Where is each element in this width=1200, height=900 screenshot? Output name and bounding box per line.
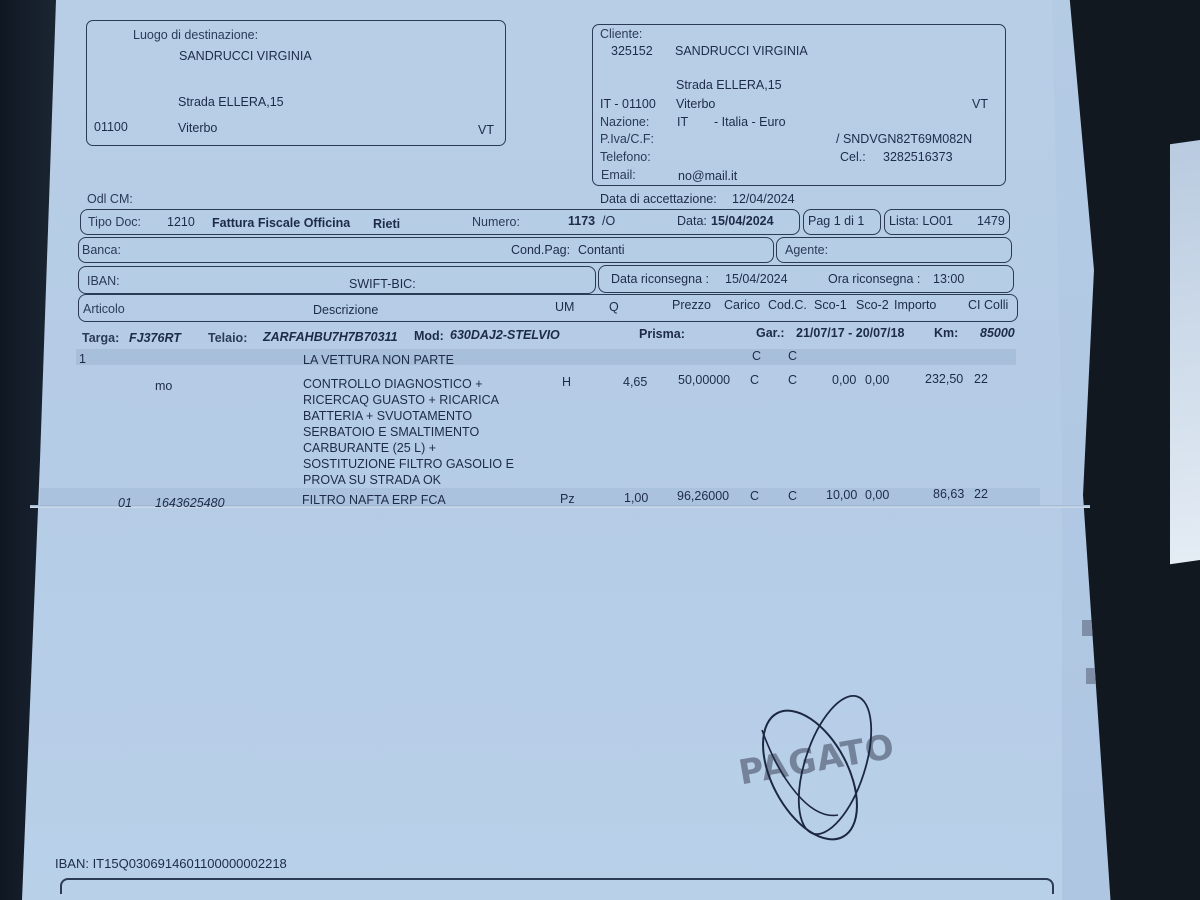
row-sco2: 0,00 <box>865 373 889 387</box>
row-description: CONTROLLO DIAGNOSTICO + RICERCAQ GUASTO … <box>303 376 514 488</box>
row-ci: 22 <box>974 372 988 386</box>
odl-label: Odl CM: <box>87 192 133 206</box>
col-descrizione: Descrizione <box>313 303 378 317</box>
desc-line: SERBATOIO E SMALTIMENTO <box>303 424 514 440</box>
row-um: Pz <box>560 492 575 506</box>
piva-label: P.Iva/C.F: <box>600 132 654 146</box>
row-description: LA VETTURA NON PARTE <box>303 353 454 367</box>
doc-date: 15/04/2024 <box>711 214 774 228</box>
client-code: 325152 <box>611 44 653 58</box>
km-label: Km: <box>934 326 958 340</box>
frame-value: ZARFAHBU7H7B70311 <box>263 330 398 344</box>
list-value: 1479 <box>977 214 1005 228</box>
swift-label: SWIFT-BIC: <box>349 277 416 291</box>
delivery-date: 15/04/2024 <box>725 272 788 286</box>
model-value: 630DAJ2-STELVIO <box>450 328 560 342</box>
row-amount: 86,63 <box>933 487 964 501</box>
nation-code: IT <box>677 115 688 129</box>
doc-number: 1173 <box>568 214 595 228</box>
payment-value: Contanti <box>578 243 625 257</box>
col-um: UM <box>555 300 574 314</box>
row-sco2: 0,00 <box>865 488 889 502</box>
client-city: Viterbo <box>676 97 715 111</box>
col-codc: Cod.C. <box>768 298 807 312</box>
doc-type-code: 1210 <box>167 215 195 229</box>
row-stripe <box>76 349 1016 365</box>
warranty-label: Gar.: <box>756 326 785 340</box>
list-label: Lista: LO01 <box>889 214 953 228</box>
delivery-date-label: Data riconsegna : <box>611 272 709 286</box>
piva-value: / SNDVGN82T69M082N <box>836 132 972 146</box>
iban-row-box <box>78 266 596 294</box>
doc-date-label: Data: <box>677 214 707 228</box>
destination-name: SANDRUCCI VIRGINIA <box>179 49 312 63</box>
client-name: SANDRUCCI VIRGINIA <box>675 44 808 58</box>
phone-label: Telefono: <box>600 150 651 164</box>
model-label: Mod: <box>414 329 444 343</box>
client-province: VT <box>972 97 988 111</box>
plate-label: Targa: <box>82 331 119 345</box>
frame-label: Telaio: <box>208 331 247 345</box>
row-index: 1 <box>79 352 86 366</box>
row-carico: C <box>750 489 759 503</box>
nation-label: Nazione: <box>600 115 649 129</box>
doc-type-branch: Rieti <box>373 217 400 231</box>
row-codc: C <box>788 489 797 503</box>
payment-label: Cond.Pag: <box>511 243 570 257</box>
delivery-time-label: Ora riconsegna : <box>828 272 920 286</box>
row-code: 1643625480 <box>155 496 225 510</box>
row-sco1: 10,00 <box>826 488 857 502</box>
row-codc: C <box>788 373 797 387</box>
client-address: Strada ELLERA,15 <box>676 78 782 92</box>
footer-box <box>60 878 1054 894</box>
row-price: 50,00000 <box>678 373 730 387</box>
row-code: mo <box>155 379 172 393</box>
agent-label: Agente: <box>785 243 828 257</box>
desc-line: RICERCAQ GUASTO + RICARICA <box>303 392 514 408</box>
km-value: 85000 <box>980 326 1015 340</box>
desc-line: BATTERIA + SVUOTAMENTO <box>303 408 514 424</box>
destination-cap: 01100 <box>94 120 128 134</box>
destination-address: Strada ELLERA,15 <box>178 95 284 109</box>
cell-value: 3282516373 <box>883 150 953 164</box>
footer-iban: IBAN: IT15Q0306914601100000002218 <box>55 856 287 871</box>
row-price: 96,26000 <box>677 489 729 503</box>
signature-icon <box>740 690 910 850</box>
col-articolo: Articolo <box>83 302 125 316</box>
col-sco1: Sco-1 <box>814 298 847 312</box>
side-sheet <box>1170 136 1200 564</box>
col-importo: Importo <box>894 298 936 312</box>
cell-label: Cel.: <box>840 150 866 164</box>
row-codc: C <box>788 349 797 363</box>
row-q: 1,00 <box>624 491 648 505</box>
desc-line: SOSTITUZIONE FILTRO GASOLIO E <box>303 456 514 472</box>
col-sco2: Sco-2 <box>856 298 889 312</box>
email-label: Email: <box>601 168 636 182</box>
acceptance-date: 12/04/2024 <box>732 192 795 206</box>
col-q: Q <box>609 300 619 314</box>
page-indicator: Pag 1 di 1 <box>808 214 864 228</box>
bank-label: Banca: <box>82 243 121 257</box>
col-ci-colli: CI Colli <box>968 298 1008 312</box>
row-ci: 22 <box>974 487 988 501</box>
client-label: Cliente: <box>600 27 642 41</box>
doc-type-label: Tipo Doc: <box>88 215 141 229</box>
row-q: 4,65 <box>623 375 647 389</box>
row-amount: 232,50 <box>925 372 963 386</box>
email-value: no@mail.it <box>678 169 737 183</box>
row-carico: C <box>750 373 759 387</box>
desc-line: CONTROLLO DIAGNOSTICO + <box>303 376 514 392</box>
col-prezzo: Prezzo <box>672 298 711 312</box>
iban-label: IBAN: <box>87 274 120 288</box>
delivery-time: 13:00 <box>933 272 964 286</box>
row-description: FILTRO NAFTA ERP FCA <box>302 493 446 507</box>
nation-text: - Italia - Euro <box>714 115 786 129</box>
desc-line: PROVA SU STRADA OK <box>303 472 514 488</box>
prisma-label: Prisma: <box>639 327 685 341</box>
doc-number-label: Numero: <box>472 215 520 229</box>
destination-province: VT <box>478 123 494 137</box>
destination-label: Luogo di destinazione: <box>133 28 258 42</box>
bank-row-box <box>78 237 774 263</box>
client-cap: IT - 01100 <box>600 97 656 111</box>
doc-number-suffix: /O <box>602 214 615 228</box>
row-um: H <box>562 375 571 389</box>
acceptance-label: Data di accettazione: <box>600 192 717 206</box>
desc-line: CARBURANTE (25 L) + <box>303 440 514 456</box>
col-carico: Carico <box>724 298 760 312</box>
row-sco1: 0,00 <box>832 373 856 387</box>
row-index: 01 <box>118 496 132 510</box>
plate-value: FJ376RT <box>129 331 181 345</box>
warranty-value: 21/07/17 - 20/07/18 <box>796 326 904 340</box>
row-carico: C <box>752 349 761 363</box>
destination-city: Viterbo <box>178 121 217 135</box>
doc-type-name: Fattura Fiscale Officina <box>212 216 350 230</box>
